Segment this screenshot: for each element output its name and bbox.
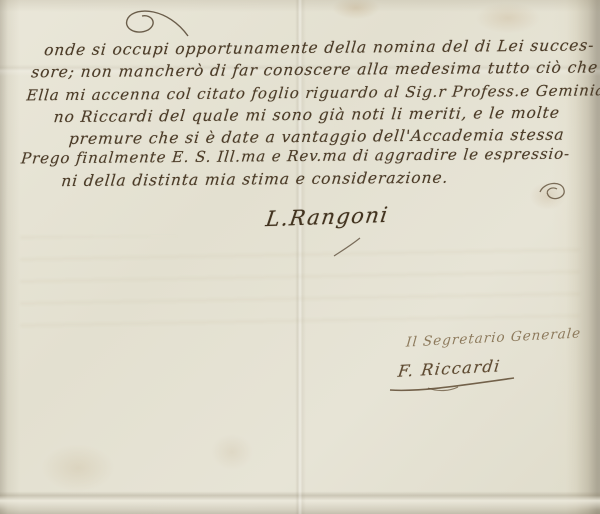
letter-line: Ella mi accenna col citato foglio riguar…	[26, 81, 600, 104]
letter-line: ni della distinta mia stima e consideraz…	[60, 169, 449, 190]
letter-body: onde si occupi opportunamente della nomi…	[0, 0, 600, 514]
ink-flourish-circle	[538, 178, 568, 204]
letter-line: no Riccardi del quale mi sono già noti l…	[53, 104, 561, 126]
letter-line: Prego finalmente E. S. Ill.ma e Rev.ma d…	[20, 145, 571, 168]
ink-flourish-underline	[388, 374, 518, 394]
letter-line: onde si occupi opportunamente della nomi…	[43, 36, 595, 59]
ink-flourish-descender	[330, 236, 370, 258]
letter-page: onde si occupi opportunamente della nomi…	[0, 0, 600, 514]
letter-line: sore; non mancherò di far conoscere alla…	[31, 58, 600, 81]
signature-rangoni: L.Rangoni	[264, 203, 390, 231]
